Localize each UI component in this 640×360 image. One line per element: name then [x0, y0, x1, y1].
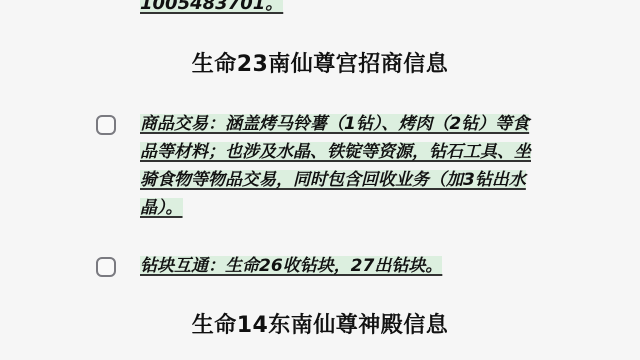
- highlighted-text: 商品交易：涵盖烤马铃薯（1钻）、烤肉（2钻）等食品等材料；也涉及水晶、铁锭等资源…: [140, 114, 531, 218]
- checklist-item-text: 钻块互通：生命26收钻块，27出钻块。: [140, 252, 560, 280]
- highlighted-text: 钻块互通：生命26收钻块，27出钻块。: [140, 256, 442, 276]
- section-title-1: 生命23南仙尊宫招商信息: [0, 47, 640, 78]
- document-page: 1005483701。 生命23南仙尊宫招商信息 商品交易：涵盖烤马铃薯（1钻）…: [0, 0, 640, 360]
- highlighted-text: 1005483701。: [140, 0, 283, 14]
- checklist-item: 钻块互通：生命26收钻块，27出钻块。: [96, 252, 560, 280]
- checklist-item-text: 商品交易：涵盖烤马铃薯（1钻）、烤肉（2钻）等食品等材料；也涉及水晶、铁锭等资源…: [140, 110, 540, 222]
- previous-item-text-fragment: 1005483701。: [140, 0, 283, 16]
- section-title-2: 生命14东南仙尊神殿信息: [0, 308, 640, 339]
- checkbox-unchecked[interactable]: [96, 257, 116, 277]
- checkbox-unchecked[interactable]: [96, 115, 116, 135]
- checklist-item: 商品交易：涵盖烤马铃薯（1钻）、烤肉（2钻）等食品等材料；也涉及水晶、铁锭等资源…: [96, 110, 540, 222]
